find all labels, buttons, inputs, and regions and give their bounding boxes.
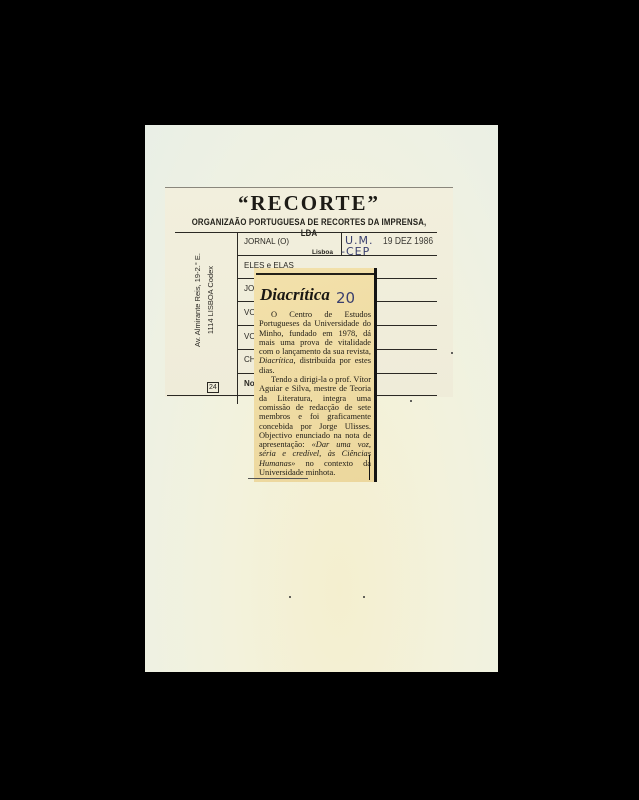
handwritten-cep: -CEP — [341, 245, 370, 258]
clipping-scratch-mark — [369, 455, 370, 480]
clipping-top-rule — [256, 273, 374, 275]
column-divider — [237, 232, 238, 404]
newspaper-clipping: Diacrítica 20 O Centro de Estudos Portug… — [254, 268, 374, 482]
clipping-paragraph-1: O Centro de Estudos Portugueses da Unive… — [259, 310, 371, 375]
paper-speck — [451, 352, 453, 354]
row-label-jornal: JORNAL (O) — [244, 237, 289, 246]
address-line-1: Av. Almirante Reis, 19-2.° E. — [191, 225, 204, 375]
form-title: “RECORTE” — [165, 191, 453, 216]
row-label-jo: JO — [244, 284, 254, 293]
paper-speck — [410, 400, 412, 402]
box-number: 24 — [207, 382, 219, 393]
form-top-edge — [165, 187, 453, 188]
publisher-address: Av. Almirante Reis, 19-2.° E. 1114 LISBO… — [191, 225, 217, 375]
clipping-paragraph-2: Tendo a dirigi-la o prof. Vítor Aguiar e… — [259, 375, 371, 477]
clipping-bottom-edge — [248, 478, 308, 479]
date-stamp: 19 DEZ 1986 — [383, 236, 433, 247]
clipping-headline: Diacrítica — [260, 285, 330, 305]
handwritten-number: 20 — [336, 289, 355, 307]
address-line-2: 1114 LISBOA Codex — [204, 225, 217, 375]
clipping-shadow-edge — [374, 270, 376, 482]
row-line — [237, 255, 437, 256]
paper-speck — [363, 596, 365, 598]
paper-speck — [289, 596, 291, 598]
row-sublabel-lisboa: Lisboa — [312, 249, 333, 256]
clipping-body: O Centro de Estudos Portugueses da Unive… — [259, 310, 371, 477]
